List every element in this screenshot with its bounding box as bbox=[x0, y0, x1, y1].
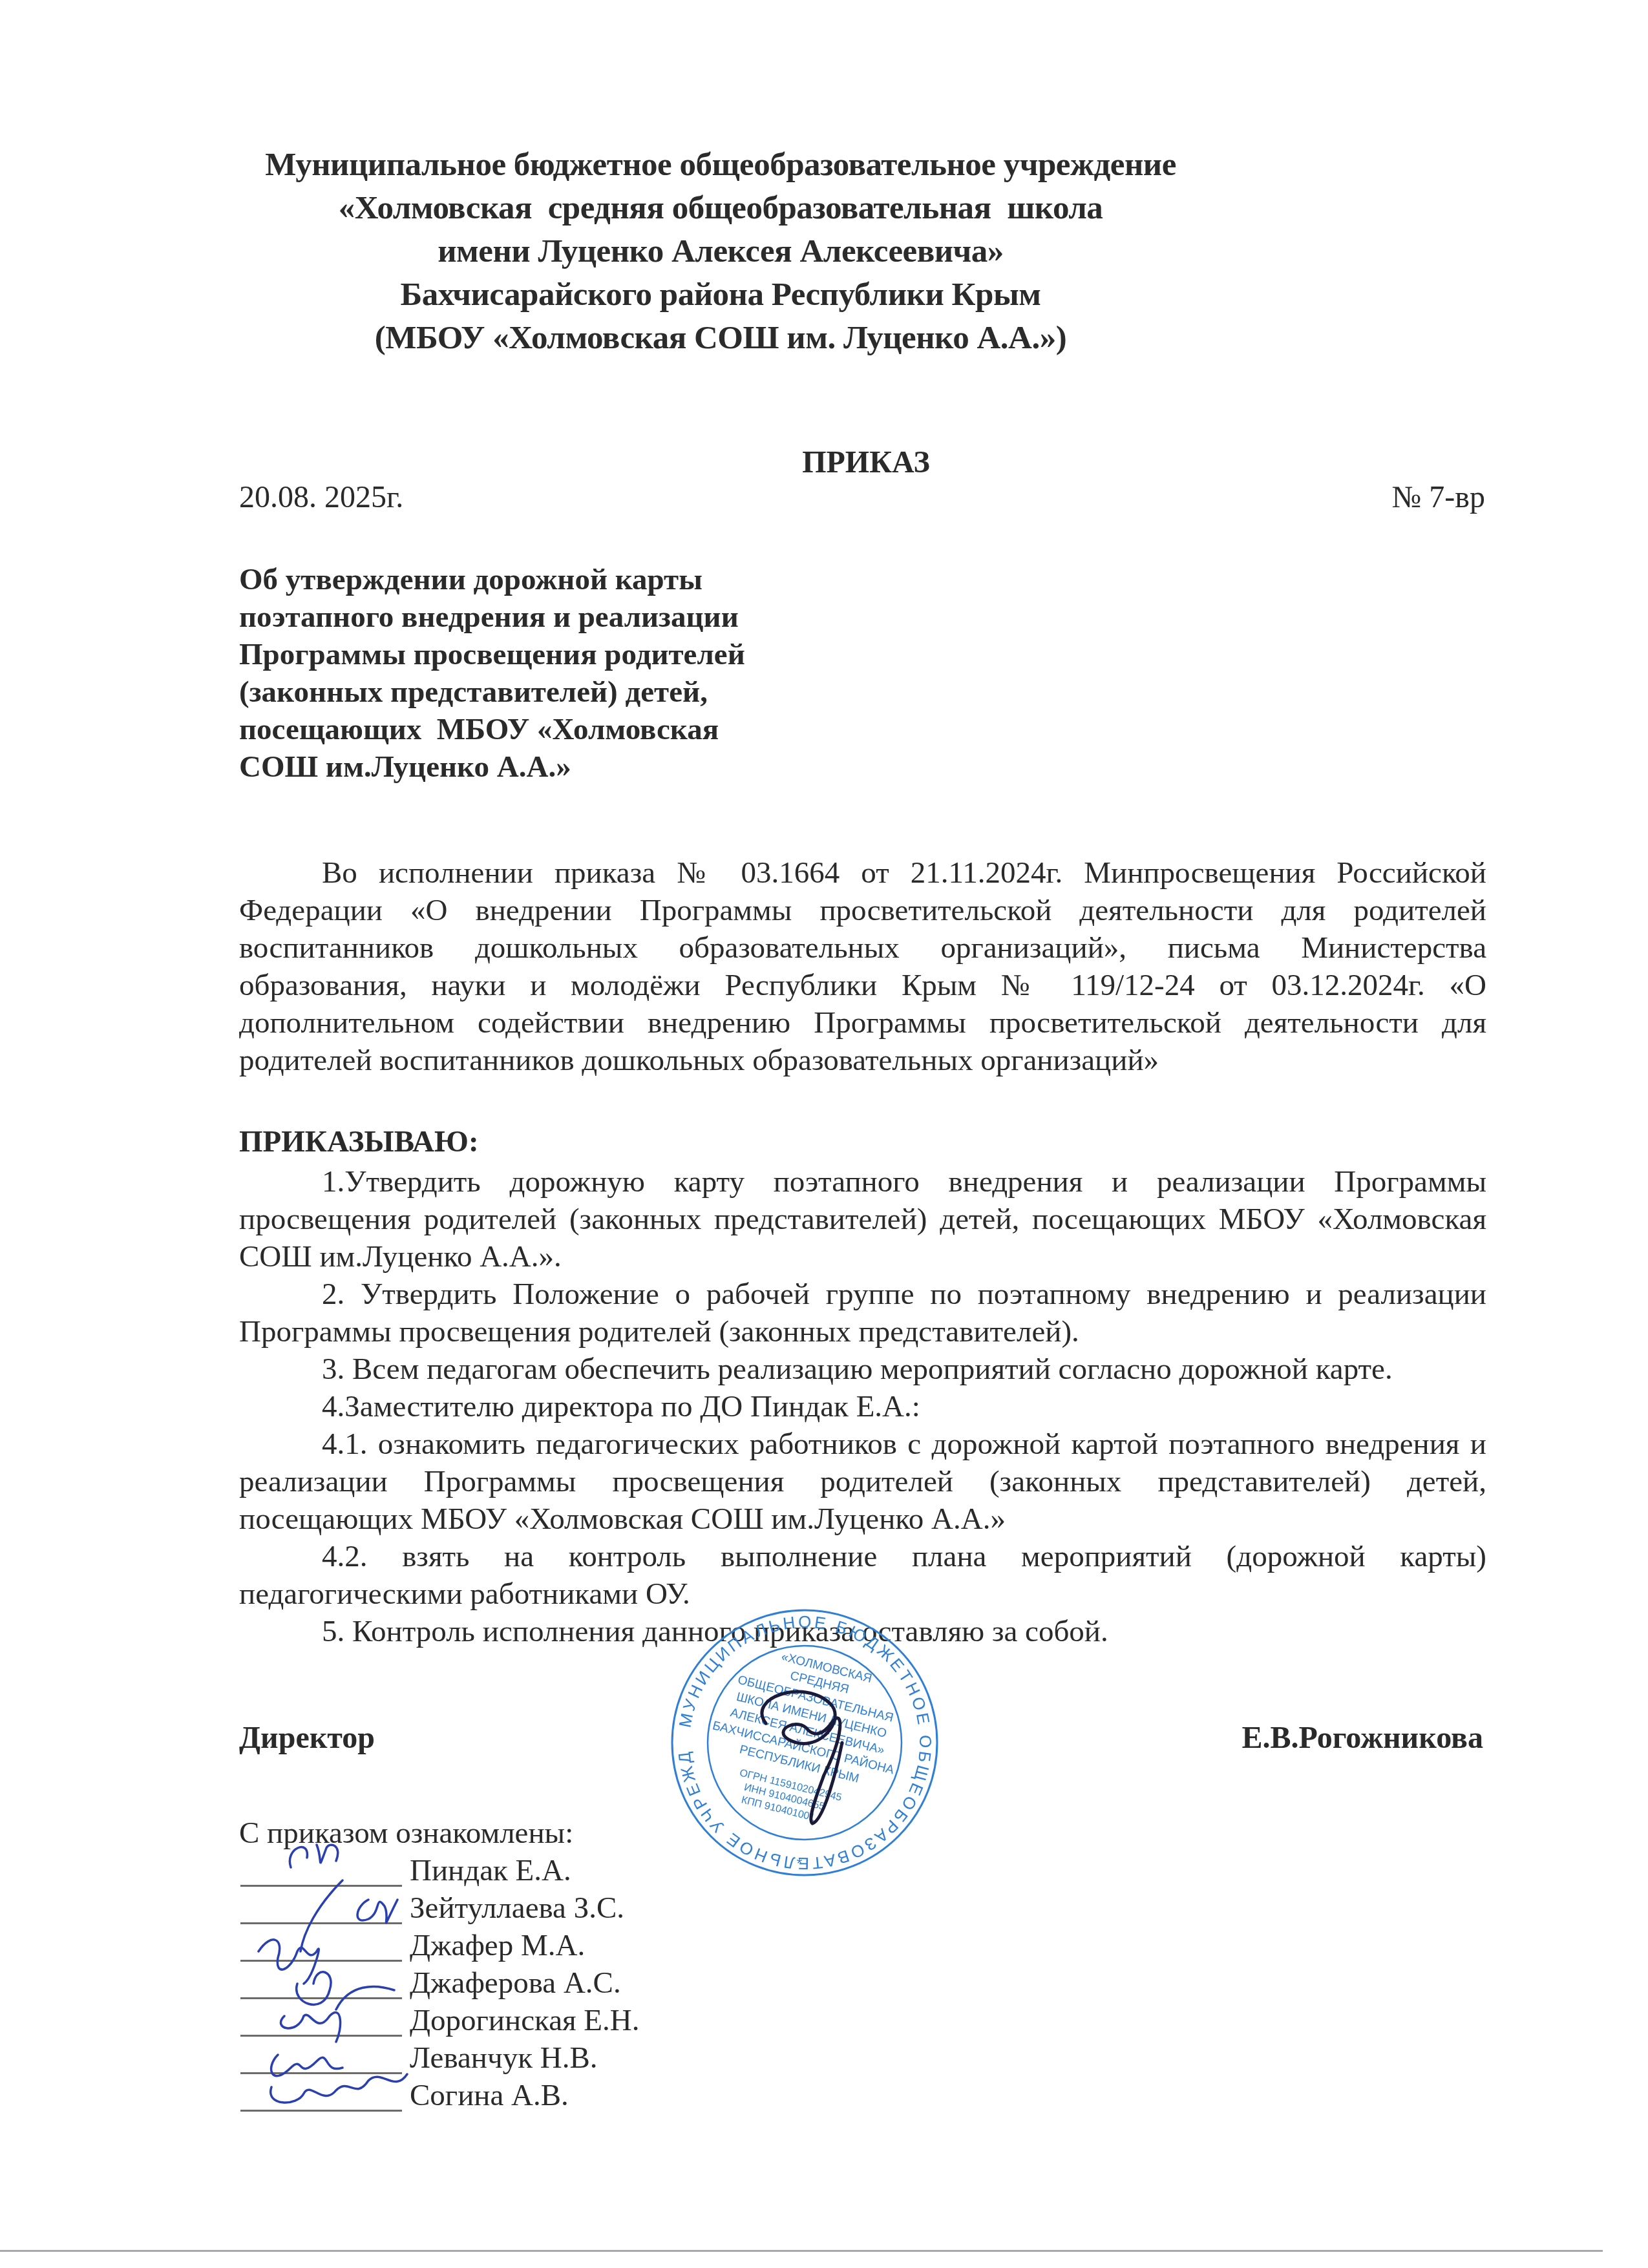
subject-line: Об утверждении дорожной карты bbox=[239, 561, 745, 598]
stamp-seal-icon: МУНИЦИПАЛЬНОЕ БЮДЖЕТНОЕ ОБЩЕОБРАЗОВАТЕЛЬ… bbox=[669, 1607, 940, 1878]
subject-line: СОШ им.Луценко А.А.» bbox=[239, 748, 745, 786]
staff-signatures bbox=[246, 1822, 439, 2119]
orders-heading: ПРИКАЗЫВАЮ: bbox=[239, 1124, 479, 1159]
order-item: 1.Утвердить дорожную карту поэтапного вн… bbox=[239, 1163, 1486, 1276]
header-line: «Холмовская средняя общеобразовательная … bbox=[0, 187, 1441, 230]
subject-line: Программы просвещения родителей bbox=[239, 636, 745, 673]
staff-name: Джаферова А.С. bbox=[410, 1964, 621, 2002]
order-item: 4.2. взять на контроль выполнение плана … bbox=[239, 1538, 1486, 1613]
header-line: Бахчисарайского района Республики Крым bbox=[0, 273, 1441, 317]
header-line: имени Луценко Алексея Алексеевича» bbox=[0, 230, 1441, 273]
preamble-paragraph: Во исполнении приказа № 03.1664 от 21.11… bbox=[239, 854, 1486, 1079]
order-item: 4.Заместителю директора по ДО Пиндак Е.А… bbox=[239, 1388, 1486, 1425]
scan-edge-line bbox=[0, 2250, 1603, 2252]
handwritten-signature-icon bbox=[246, 1822, 439, 2119]
subject-line: поэтапного внедрения и реализации bbox=[239, 598, 745, 636]
order-item: 3. Всем педагогам обеспечить реализацию … bbox=[239, 1350, 1486, 1388]
order-item: 2. Утвердить Положение о рабочей группе … bbox=[239, 1276, 1486, 1350]
institution-header: Муниципальное бюджетное общеобразователь… bbox=[0, 143, 1441, 360]
order-items: 1.Утвердить дорожную карту поэтапного вн… bbox=[239, 1163, 1486, 1650]
official-stamp: МУНИЦИПАЛЬНОЕ БЮДЖЕТНОЕ ОБЩЕОБРАЗОВАТЕЛЬ… bbox=[669, 1607, 940, 1878]
order-number: № 7-вр bbox=[1392, 479, 1485, 515]
order-date: 20.08. 2025г. bbox=[239, 479, 403, 515]
order-item: 4.1. ознакомить педагогических работнико… bbox=[239, 1425, 1486, 1538]
order-subject: Об утверждении дорожной карты поэтапного… bbox=[239, 561, 745, 786]
director-title: Директор bbox=[239, 1720, 375, 1756]
subject-line: (законных представителей) детей, bbox=[239, 673, 745, 711]
staff-name: Дорогинская Е.Н. bbox=[410, 2002, 640, 2039]
preamble-section: Во исполнении приказа № 03.1664 от 21.11… bbox=[239, 854, 1486, 1079]
staff-name: Зейтуллаева З.С. bbox=[410, 1889, 624, 1927]
document-title: ПРИКАЗ bbox=[0, 445, 1648, 480]
subject-line: посещающих МБОУ «Холмовская bbox=[239, 711, 745, 748]
director-name: Е.В.Рогожникова bbox=[1242, 1720, 1483, 1756]
header-line: Муниципальное бюджетное общеобразователь… bbox=[0, 143, 1441, 187]
header-line: (МБОУ «Холмовская СОШ им. Луценко А.А.») bbox=[0, 317, 1441, 360]
